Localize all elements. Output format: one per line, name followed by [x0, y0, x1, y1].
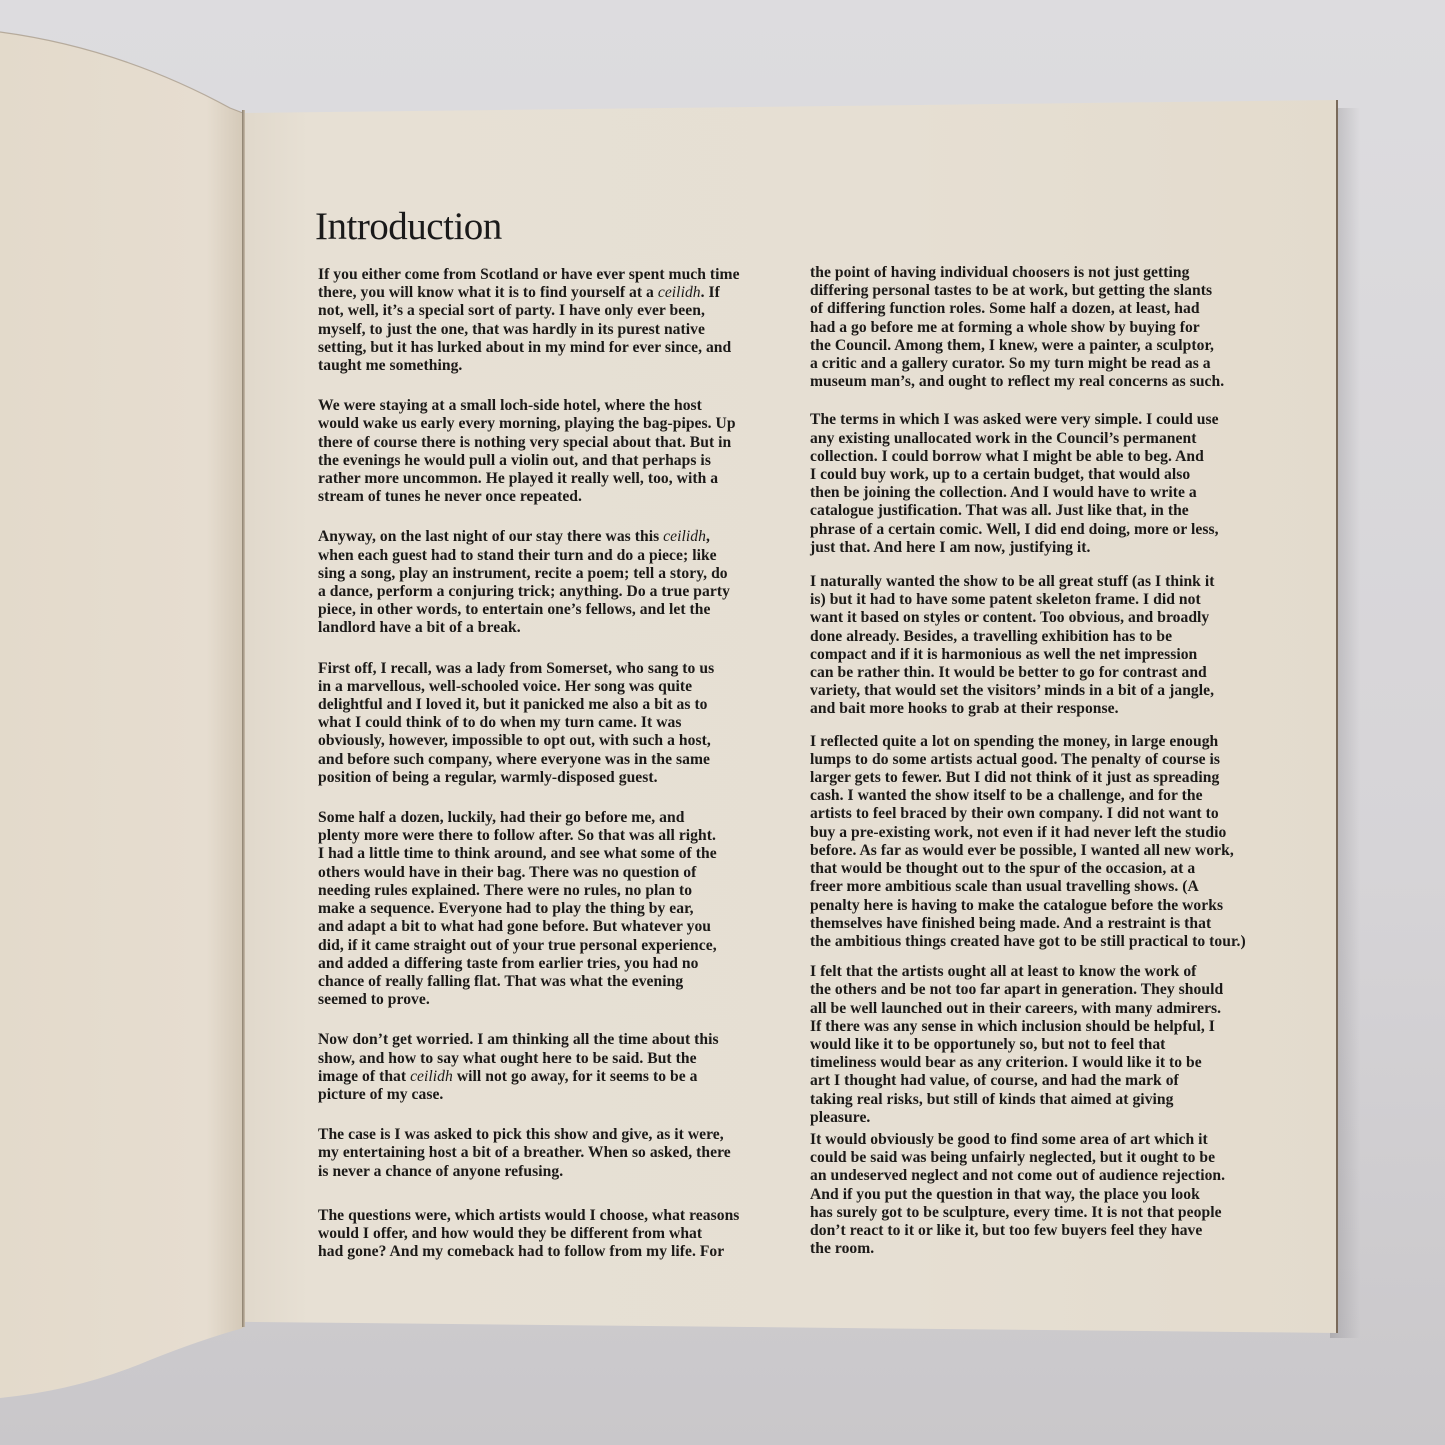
page-title: Introduction [315, 204, 502, 249]
paragraph: First off, I recall, was a lady from Som… [318, 660, 808, 787]
book-spine [242, 110, 245, 1327]
paragraph: The questions were, which artists would … [318, 1207, 808, 1262]
paragraph: I felt that the artists ought all at lea… [810, 963, 1290, 1127]
left-text-column: If you either come from Scotland or have… [318, 266, 808, 1261]
paragraph: the point of having individual choosers … [810, 264, 1290, 391]
paragraph: The case is I was asked to pick this sho… [318, 1126, 808, 1181]
paragraph: I reflected quite a lot on spending the … [810, 733, 1290, 951]
paragraph: If you either come from Scotland or have… [318, 266, 808, 375]
paragraph: We were staying at a small loch-side hot… [318, 397, 808, 506]
paragraph: The terms in which I was asked were very… [810, 411, 1290, 557]
paragraph: I naturally wanted the show to be all gr… [810, 573, 1290, 719]
paragraph: Anyway, on the last night of our stay th… [318, 528, 808, 637]
paragraph: It would obviously be good to find some … [810, 1131, 1290, 1258]
paragraph: Now don’t get worried. I am thinking all… [318, 1031, 808, 1104]
left-page [0, 0, 250, 1445]
paragraph: Some half a dozen, luckily, had their go… [318, 809, 808, 1009]
right-text-column: the point of having individual choosers … [810, 264, 1290, 1258]
